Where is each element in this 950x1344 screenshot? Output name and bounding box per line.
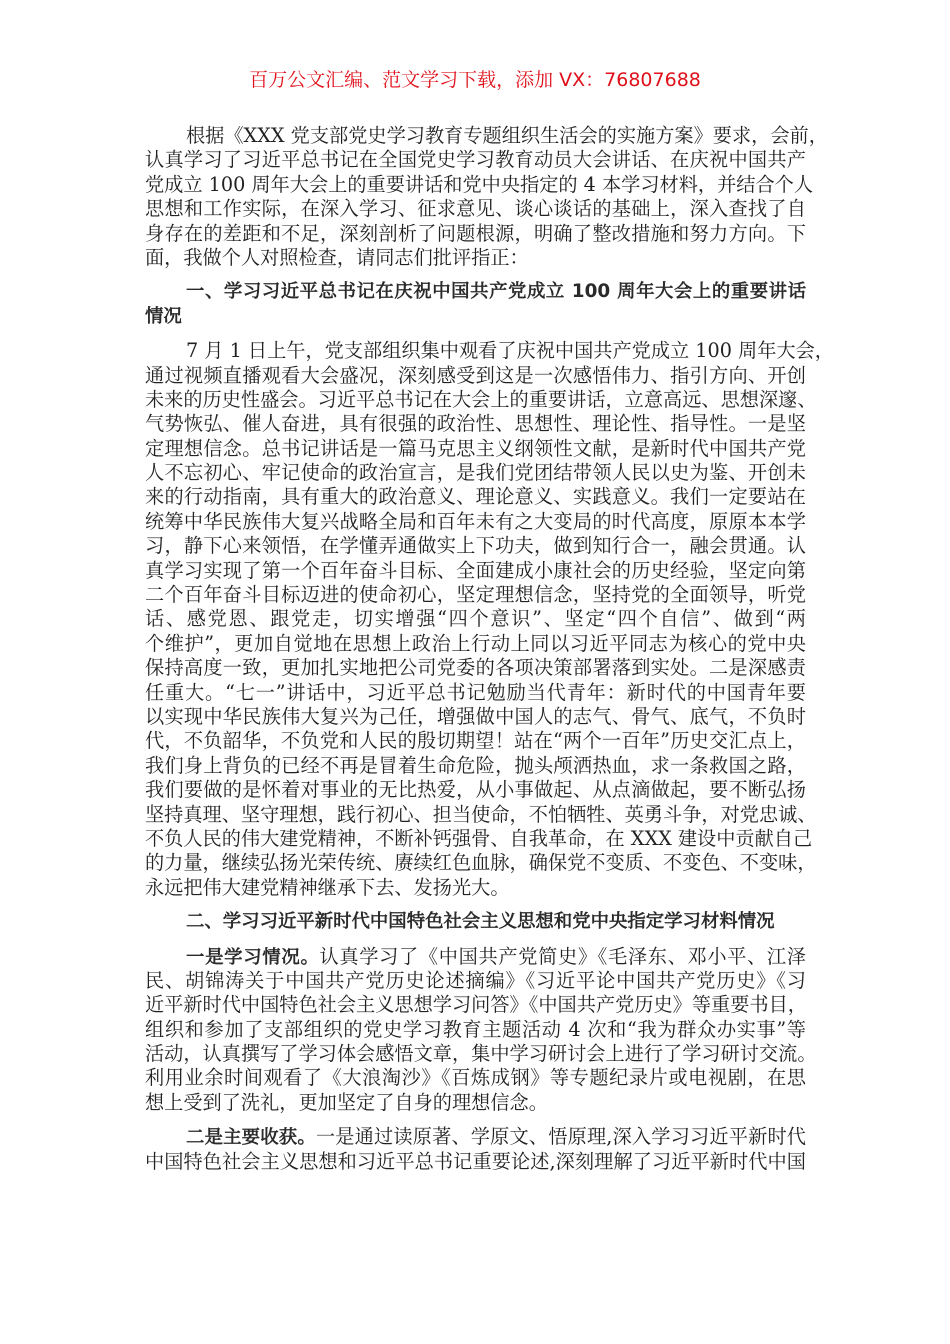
document-page: 百万公文汇编、范文学习下载，添加 VX：76807688 根据《XXX 党支部党… [0, 0, 950, 1344]
section-1-heading: 一、学习习近平总书记在庆祝中国共产党成立 100 周年大会上的重要讲话 情况 [145, 280, 806, 329]
text-line: 通过视频直播观看大会盛况，深刻感受到这是一次感悟伟力、指引方向、开创 [145, 364, 806, 388]
text-line: 近平新时代中国特色社会主义思想学习问答》《中国共产党历史》等重要书目， [145, 993, 806, 1017]
text-line: 永远把伟大建党精神继承下去、发扬光大。 [145, 876, 806, 900]
section-1-paragraph: 7 月 1 日上午，党支部组织集中观看了庆祝中国共产党成立 100 周年大会， … [145, 339, 806, 900]
text-line: 习，静下心来领悟，在学懂弄通做实上下功夫，做到知行合一，融会贯通。认 [145, 534, 806, 558]
promo-banner: 百万公文汇编、范文学习下载，添加 VX：76807688 [0, 66, 950, 94]
text-line: 定理想信念。总书记讲话是一篇马克思主义纲领性文献，是新时代中国共产党 [145, 437, 806, 461]
text-line: 党成立 100 周年大会上的重要讲话和党中央指定的 4 本学习材料，并结合个人 [145, 173, 806, 197]
text-line: 民、胡锦涛关于中国共产党历史论述摘编》《习近平论中国共产党历史》《习 [145, 969, 806, 993]
text-line: 真学习实现了第一个百年奋斗目标、全面建成小康社会的历史经验，坚定向第 [145, 559, 806, 583]
gains-lead: 二是主要收获。 [186, 1127, 316, 1148]
gains-paragraph: 二是主要收获。一是通过读原著、学原文、悟原理,深入学习习近平新时代 中国特色社会… [145, 1125, 806, 1174]
text-line: 利用业余时间观看了《大浪淘沙》《百炼成钢》等专题纪录片或电视剧，在思 [145, 1066, 806, 1090]
text-line: 二是主要收获。一是通过读原著、学原文、悟原理,深入学习习近平新时代 [145, 1125, 806, 1149]
text-line: 未来的历史性盛会。习近平总书记在大会上的重要讲话，立意高远、思想深邃、 [145, 388, 806, 412]
text-line: 面，我做个人对照检查，请同志们批评指正： [145, 246, 806, 270]
text-line: 人不忘初心、牢记使命的政治宣言，是我们党团结带领人民以史为鉴、开创未 [145, 461, 806, 485]
text-line: 我们要做的是怀着对事业的无比热爱，从小事做起、从点滴做起，要不断弘扬 [145, 778, 806, 802]
text-line: 一是学习情况。认真学习了《中国共产党简史》《毛泽东、邓小平、江泽 [145, 945, 806, 969]
text-line: 根据《XXX 党支部党史学习教育专题组织生活会的实施方案》要求，会前， [145, 124, 806, 148]
text-line: 认真学习了习近平总书记在全国党史学习教育动员大会讲话、在庆祝中国共产 [145, 148, 806, 172]
text-line: 组织和参加了支部组织的党史学习教育主题活动 4 次和“我为群众办实事”等 [145, 1018, 806, 1042]
text-line: 坚持真理、坚守理想，践行初心、担当使命，不怕牺牲、英勇斗争，对党忠诚、 [145, 803, 806, 827]
text-line: 的力量，继续弘扬光荣传统、赓续红色血脉，确保党不变质、不变色、不变味， [145, 851, 806, 875]
text-line: 身存在的差距和不足，深刻剖析了问题根源，明确了整改措施和努力方向。下 [145, 222, 806, 246]
text-line: 7 月 1 日上午，党支部组织集中观看了庆祝中国共产党成立 100 周年大会， [145, 339, 806, 363]
section-2-heading: 二、学习习近平新时代中国特色社会主义思想和党中央指定学习材料情况 [145, 910, 806, 934]
intro-paragraph: 根据《XXX 党支部党史学习教育专题组织生活会的实施方案》要求，会前， 认真学习… [145, 124, 806, 270]
study-lead: 一是学习情况。 [186, 947, 320, 968]
document-body: 根据《XXX 党支部党史学习教育专题组织生活会的实施方案》要求，会前， 认真学习… [145, 124, 806, 1174]
text-line: 活动，认真撰写了学习体会感悟文章，集中学习研讨会上进行了学习研讨交流。 [145, 1042, 806, 1066]
study-first-line: 认真学习了《中国共产党简史》《毛泽东、邓小平、江泽 [320, 945, 806, 968]
heading-line: 二、学习习近平新时代中国特色社会主义思想和党中央指定学习材料情况 [145, 910, 806, 934]
text-line: 不负人民的伟大建党精神，不断补钙强骨、自我革命，在 XXX 建设中贡献自己 [145, 827, 806, 851]
text-line: 统筹中华民族伟大复兴战略全局和百年未有之大变局的时代高度，原原本本学 [145, 510, 806, 534]
text-line: 任重大。“七一”讲话中，习近平总书记勉励当代青年：新时代的中国青年要 [145, 681, 806, 705]
text-line: 二个百年奋斗目标迈进的使命初心，坚定理想信念，坚持党的全面领导，听党 [145, 583, 806, 607]
text-line: 来的行动指南，具有重大的政治意义、理论意义、实践意义。我们一定要站在 [145, 485, 806, 509]
text-line: 以实现中华民族伟大复兴为己任，增强做中国人的志气、骨气、底气，不负时 [145, 705, 806, 729]
text-line: 个维护”，更加自觉地在思想上政治上行动上同以习近平同志为核心的党中央 [145, 632, 806, 656]
text-line: 保持高度一致，更加扎实地把公司党委的各项决策部署落到实处。二是深感责 [145, 656, 806, 680]
heading-line: 一、学习习近平总书记在庆祝中国共产党成立 100 周年大会上的重要讲话 [145, 280, 806, 304]
gains-first-line: 一是通过读原著、学原文、悟原理,深入学习习近平新时代 [316, 1125, 806, 1148]
text-line: 代，不负韶华，不负党和人民的殷切期望！站在“两个一百年”历史交汇点上， [145, 729, 806, 753]
text-line: 话、感党恩、跟党走，切实增强“四个意识”、坚定“四个自信”、做到“两 [145, 607, 806, 631]
study-paragraph: 一是学习情况。认真学习了《中国共产党简史》《毛泽东、邓小平、江泽 民、胡锦涛关于… [145, 945, 806, 1116]
text-line: 我们身上背负的已经不再是冒着生命危险，抛头颅洒热血，求一条救国之路， [145, 754, 806, 778]
text-line: 气势恢弘、催人奋进，具有很强的政治性、思想性、理论性、指导性。一是坚 [145, 412, 806, 436]
text-line: 中国特色社会主义思想和习近平总书记重要论述,深刻理解了习近平新时代中国 [145, 1150, 806, 1174]
heading-line: 情况 [145, 305, 806, 329]
text-line: 想上受到了洗礼，更加坚定了自身的理想信念。 [145, 1091, 806, 1115]
text-line: 思想和工作实际，在深入学习、征求意见、谈心谈话的基础上，深入查找了自 [145, 197, 806, 221]
